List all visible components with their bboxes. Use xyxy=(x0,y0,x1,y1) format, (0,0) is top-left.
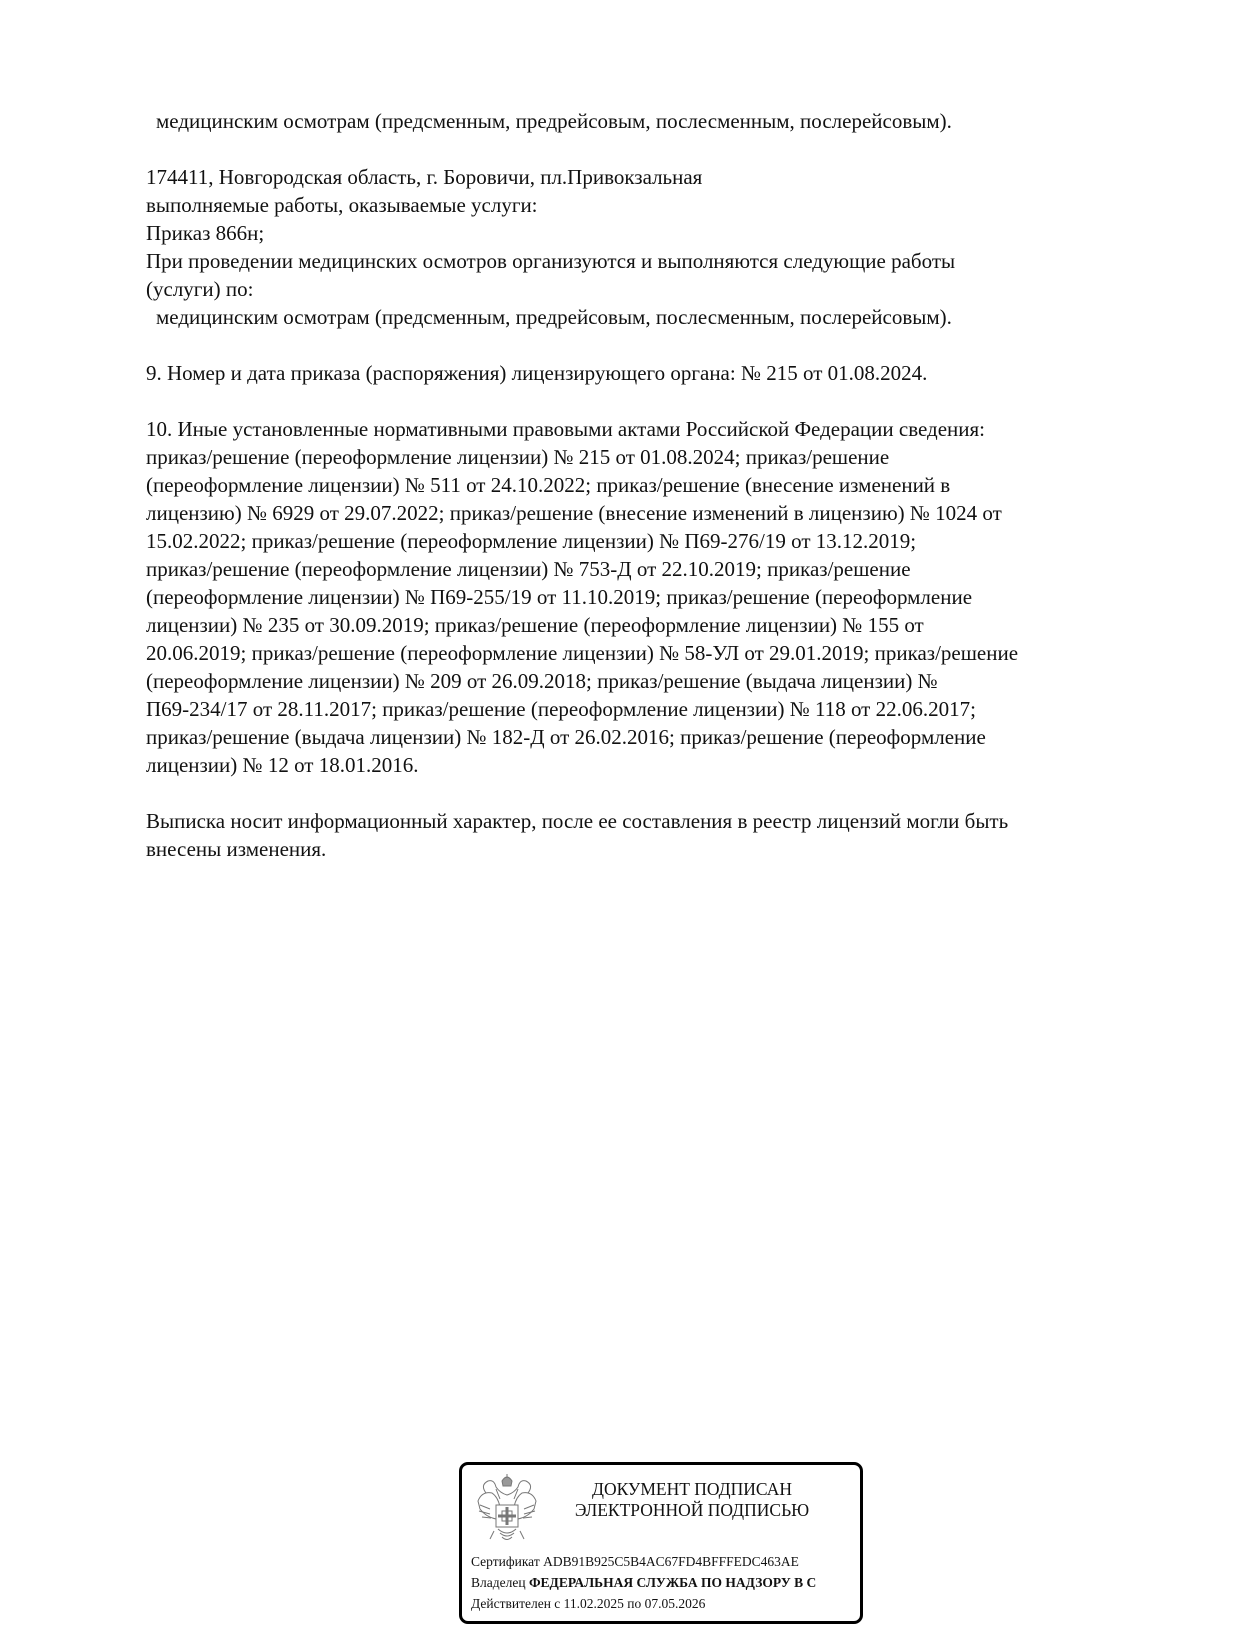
item-10-line: 10. Иные установленные нормативными прав… xyxy=(146,415,1146,443)
address-line: 174411, Новгородская область, г. Борович… xyxy=(146,163,1146,191)
item-10-line: приказ/решение (выдача лицензии) № 182-Д… xyxy=(146,723,1146,751)
item-10: 10. Иные установленные нормативными прав… xyxy=(146,415,1146,779)
item-9: 9. Номер и дата приказа (распоряжения) л… xyxy=(146,359,1146,387)
item-10-line: лицензию) № 6929 от 29.07.2022; приказ/р… xyxy=(146,499,1146,527)
item-10-line: (переоформление лицензии) № П69-255/19 о… xyxy=(146,583,1146,611)
item-10-line: (переоформление лицензии) № 511 от 24.10… xyxy=(146,471,1146,499)
order-line: Приказ 866н; xyxy=(146,219,1146,247)
item-10-line: приказ/решение (переоформление лицензии)… xyxy=(146,443,1146,471)
disclaimer-line: внесены изменения. xyxy=(146,835,1146,863)
disclaimer-line: Выписка носит информационный характер, п… xyxy=(146,807,1146,835)
stamp-title: ДОКУМЕНТ ПОДПИСАН ЭЛЕКТРОННОЙ ПОДПИСЬЮ xyxy=(542,1479,842,1521)
item-10-line: П69-234/17 от 28.11.2017; приказ/решение… xyxy=(146,695,1146,723)
signature-stamp: ДОКУМЕНТ ПОДПИСАН ЭЛЕКТРОННОЙ ПОДПИСЬЮ С… xyxy=(459,1462,863,1624)
intro-line: (услуги) по: xyxy=(146,275,1146,303)
intro-line: При проведении медицинских осмотров орга… xyxy=(146,247,1146,275)
item-10-line: приказ/решение (переоформление лицензии)… xyxy=(146,555,1146,583)
item-10-line: 15.02.2022; приказ/решение (переоформлен… xyxy=(146,527,1146,555)
certificate-value: ADB91B925C5B4AC67FD4BFFFEDC463AE xyxy=(543,1554,799,1569)
service-line: медицинским осмотрам (предсменным, предр… xyxy=(146,303,1146,331)
item-10-line: 20.06.2019; приказ/решение (переоформлен… xyxy=(146,639,1146,667)
certificate-label: Сертификат xyxy=(471,1554,540,1569)
certificate-line: Сертификат ADB91B925C5B4AC67FD4BFFFEDC46… xyxy=(471,1551,863,1572)
item-10-line: лицензии) № 235 от 30.09.2019; приказ/ре… xyxy=(146,611,1146,639)
stamp-title-line: ДОКУМЕНТ ПОДПИСАН xyxy=(542,1479,842,1500)
document-page: медицинским осмотрам (предсменным, предр… xyxy=(146,107,1146,863)
owner-value: ФЕДЕРАЛЬНАЯ СЛУЖБА ПО НАДЗОРУ В С xyxy=(529,1575,816,1590)
owner-line: Владелец ФЕДЕРАЛЬНАЯ СЛУЖБА ПО НАДЗОРУ В… xyxy=(471,1572,863,1593)
owner-label: Владелец xyxy=(471,1575,526,1590)
item-10-line: (переоформление лицензии) № 209 от 26.09… xyxy=(146,667,1146,695)
works-label: выполняемые работы, оказываемые услуги: xyxy=(146,191,1146,219)
coat-of-arms-icon xyxy=(474,1471,540,1547)
item-10-line: лицензии) № 12 от 18.01.2016. xyxy=(146,751,1146,779)
service-line: медицинским осмотрам (предсменным, предр… xyxy=(146,107,1146,135)
stamp-title-line: ЭЛЕКТРОННОЙ ПОДПИСЬЮ xyxy=(542,1500,842,1521)
validity-line: Действителен с 11.02.2025 по 07.05.2026 xyxy=(471,1593,863,1614)
